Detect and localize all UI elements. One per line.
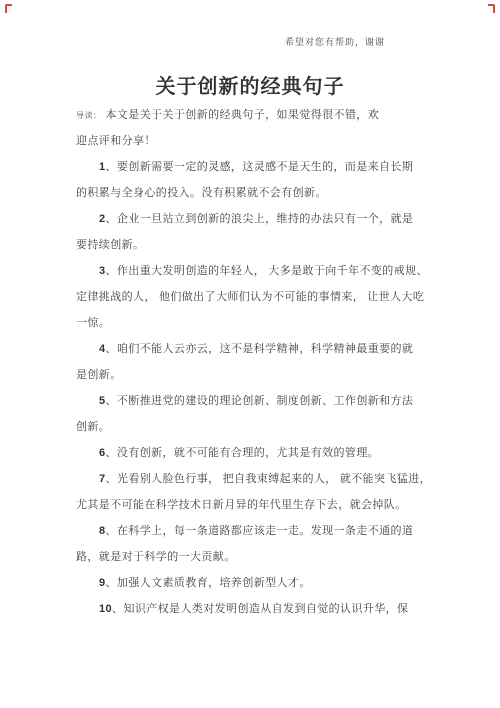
text-line: 4、咱们不能人云亦云，这不是科学精神，科学精神最重要的就 [76, 336, 428, 362]
item-number: 9 [99, 577, 106, 589]
text-line: 6、没有创新，就不可能有合理的，尤其是有效的管理。 [76, 440, 428, 466]
text-line: 9、加强人文素质教育，培养创新型人才。 [76, 570, 428, 596]
text-line: 5、不断推进党的建设的理论创新、制度创新、工作创新和方法 [76, 388, 428, 414]
text-line: 尤其是不可能在科学技术日新月异的年代里生存下去，就会掉队。 [76, 492, 428, 518]
text-line: 一惊。 [76, 310, 428, 336]
text-line: 8、在科学上，每一条道路都应该走一走。发现一条走不通的道 [76, 518, 428, 544]
text-line: 导读：本文是关于关于创新的经典句子，如果觉得很不错，欢 [76, 102, 428, 128]
item-number: 7 [99, 473, 106, 485]
item-number: 10 [99, 603, 112, 615]
text-line: 3、作出重大发明创造的年轻人， 大多是敢于向千年不变的戒规、 [76, 258, 428, 284]
text-line: 是创新。 [76, 362, 428, 388]
text-line: 7、光看别人脸色行事， 把自我束缚起来的人， 就不能突飞猛进， [76, 466, 428, 492]
text-line: 10、知识产权是人类对发明创造从自发到自觉的认识升华，保 [76, 596, 428, 622]
item-number: 8 [99, 525, 106, 537]
text-line: 创新。 [76, 414, 428, 440]
item-number: 1 [99, 161, 106, 173]
text-line: 2、企业一旦站立到创新的浪尖上，维持的办法只有一个，就是 [76, 206, 428, 232]
intro-label: 导读： [76, 111, 102, 120]
text-line: 的积累与全身心的投入。没有积累就不会有创新。 [76, 180, 428, 206]
red-corner-mark-right [488, 4, 495, 13]
item-number: 6 [99, 447, 106, 459]
text-line: 要持续创新。 [76, 232, 428, 258]
text-line: 定律挑战的人， 他们做出了大师们认为不可能的事情来， 让世人大吃 [76, 284, 428, 310]
text-line: 1、要创新需要一定的灵感，这灵感不是天生的，而是来自长期 [76, 154, 428, 180]
page-title: 关于创新的经典句子 [0, 70, 500, 99]
red-corner-mark-left [5, 4, 12, 13]
item-number: 5 [99, 395, 106, 407]
text-line: 路，就是对于科学的一大贡献。 [76, 544, 428, 570]
header-note: 希望对您有帮助，谢谢 [285, 35, 385, 48]
item-number: 3 [99, 265, 106, 277]
item-number: 4 [99, 343, 106, 355]
item-number: 2 [99, 213, 106, 225]
text-line: 迎点评和分享！ [76, 128, 428, 154]
body-text: 导读：本文是关于关于创新的经典句子，如果觉得很不错，欢迎点评和分享！1、要创新需… [76, 102, 428, 622]
